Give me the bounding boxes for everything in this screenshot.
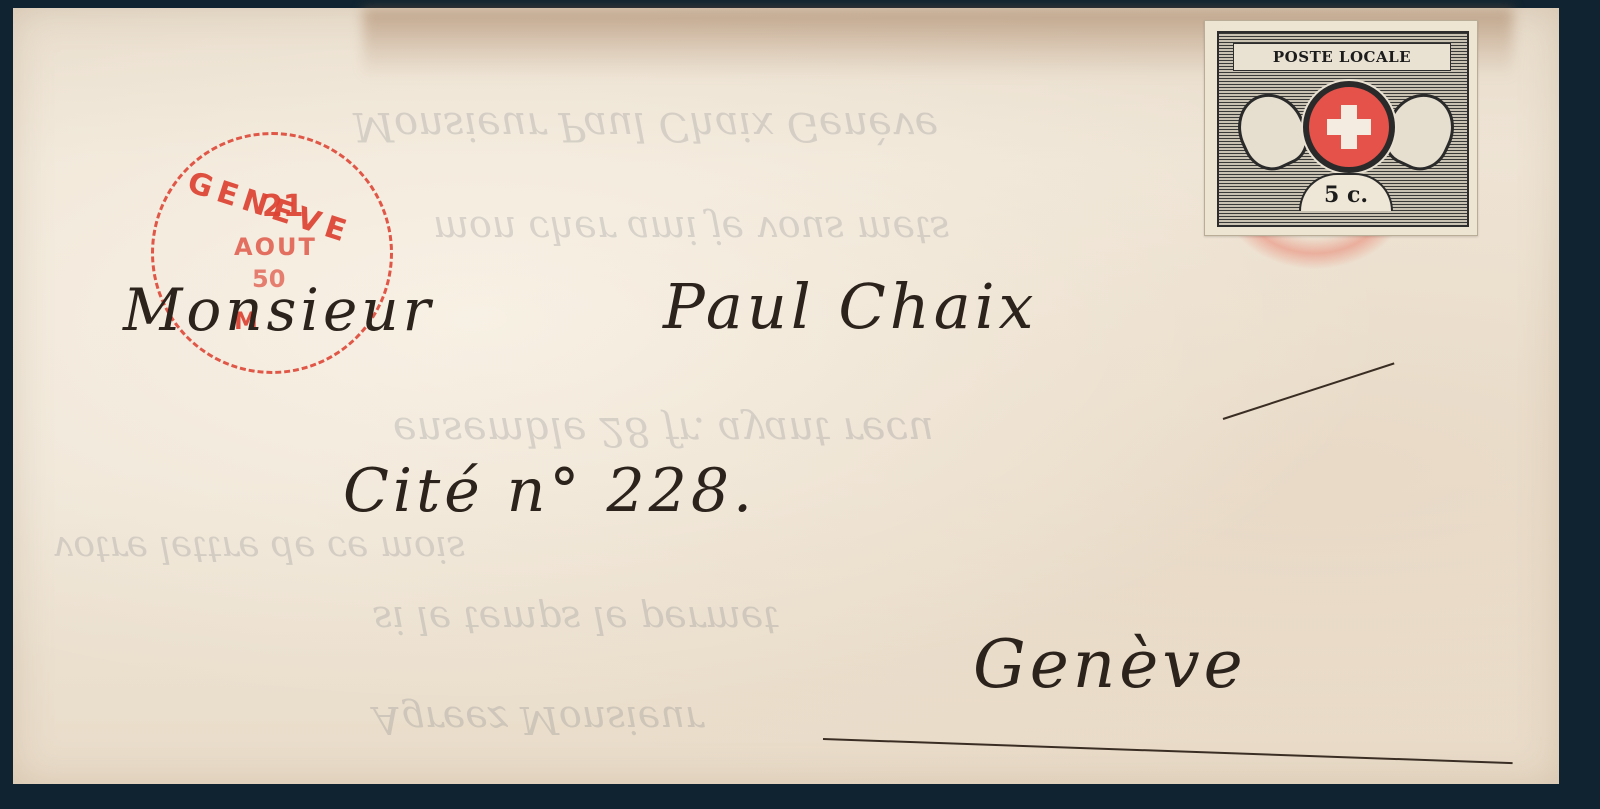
bleed-through-text: Monsieur Paul Chaix Genève	[353, 103, 938, 149]
bleed-through-text: votre lettre de ce mois	[53, 528, 466, 569]
postage-stamp: POSTE LOCALE 5 c.	[1204, 20, 1478, 236]
stamp-frame: POSTE LOCALE 5 c.	[1217, 31, 1469, 227]
address-city: Genève	[973, 626, 1247, 703]
stamp-title: POSTE LOCALE	[1233, 43, 1451, 71]
address-street: Cité n° 228.	[343, 456, 756, 526]
bleed-through-text: si le temps le permet	[373, 598, 779, 642]
underline-flourish	[823, 738, 1513, 764]
stamp-value: 5 c.	[1299, 173, 1393, 211]
postmark-day: 21	[262, 189, 304, 224]
swiss-cross-icon	[1303, 81, 1395, 173]
address-name: Paul Chaix	[663, 270, 1038, 343]
flourish-line	[1223, 362, 1395, 420]
bleed-through-text: ensemble 28 fr. ayant recu	[393, 408, 934, 454]
address-salutation: Monsieur	[123, 276, 434, 344]
bleed-through-text: Agreez Monsieur	[373, 698, 703, 742]
bleed-through-text: mon cher ami je vous mets	[433, 208, 950, 252]
postmark-month: AOUT	[234, 233, 317, 261]
